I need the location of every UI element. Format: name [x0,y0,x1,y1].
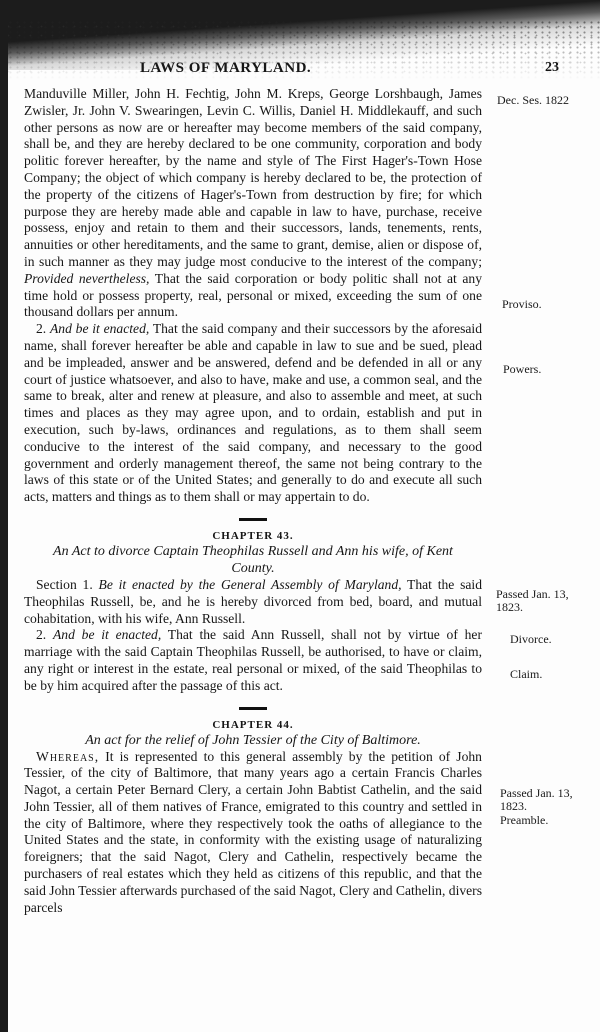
preamble-text: It is represented to this general assemb… [24,749,482,915]
section-number: Section 1. [36,577,93,592]
margin-note-proviso: Proviso. [502,298,542,311]
chapter-44-preamble: Whereas, It is represented to this gener… [24,749,482,917]
margin-note-claim: Claim. [510,668,542,681]
margin-note-session: Dec. Ses. 1822 [497,94,577,107]
chapter-43-title: An Act to divorce Captain Theophilas Rus… [24,543,482,577]
chapter-44-heading: CHAPTER 44. [24,718,482,732]
chapter-divider [239,707,267,710]
margin-note-passed-43: Passed Jan. 13, 1823. [496,588,576,614]
chapter-43-section-2: 2. And be it enacted, That the said Ann … [24,627,482,694]
running-title: LAWS OF MARYLAND. [140,60,311,77]
margin-note-powers: Powers. [503,363,541,376]
margin-note-divorce: Divorce. [510,633,552,646]
margin-note-preamble: Preamble. [500,814,548,827]
section-number: 2. [36,627,46,642]
chapter-43-heading: CHAPTER 43. [24,529,482,543]
whereas-lead: Whereas, [36,749,99,764]
chapter-44-title: An act for the relief of John Tessier of… [24,732,482,749]
page-body: Manduville Miller, John H. Fechtig, John… [24,86,482,916]
paragraph-continuation: Manduville Miller, John H. Fechtig, John… [24,86,482,321]
para-text: Manduville Miller, John H. Fechtig, John… [24,86,482,269]
enacting-clause: And be it enacted, [53,627,161,642]
para-italic: Provided nevertheless, [24,271,149,286]
section-number: 2. [36,321,46,336]
section-2-powers: 2. And be it enacted, That the said comp… [24,321,482,506]
enacting-clause: Be it enacted by the General Assembly of… [99,577,402,592]
chapter-43-section-1: Section 1. Be it enacted by the General … [24,577,482,627]
scan-left-edge [0,0,8,1032]
running-head: LAWS OF MARYLAND. 23 [0,60,600,80]
chapter-divider [239,518,267,521]
margin-note-passed-44: Passed Jan. 13, 1823. [500,787,580,813]
enacting-clause: And be it enacted, [50,321,149,336]
page-number: 23 [545,60,559,76]
section-text: That the said company and their successo… [24,321,482,504]
